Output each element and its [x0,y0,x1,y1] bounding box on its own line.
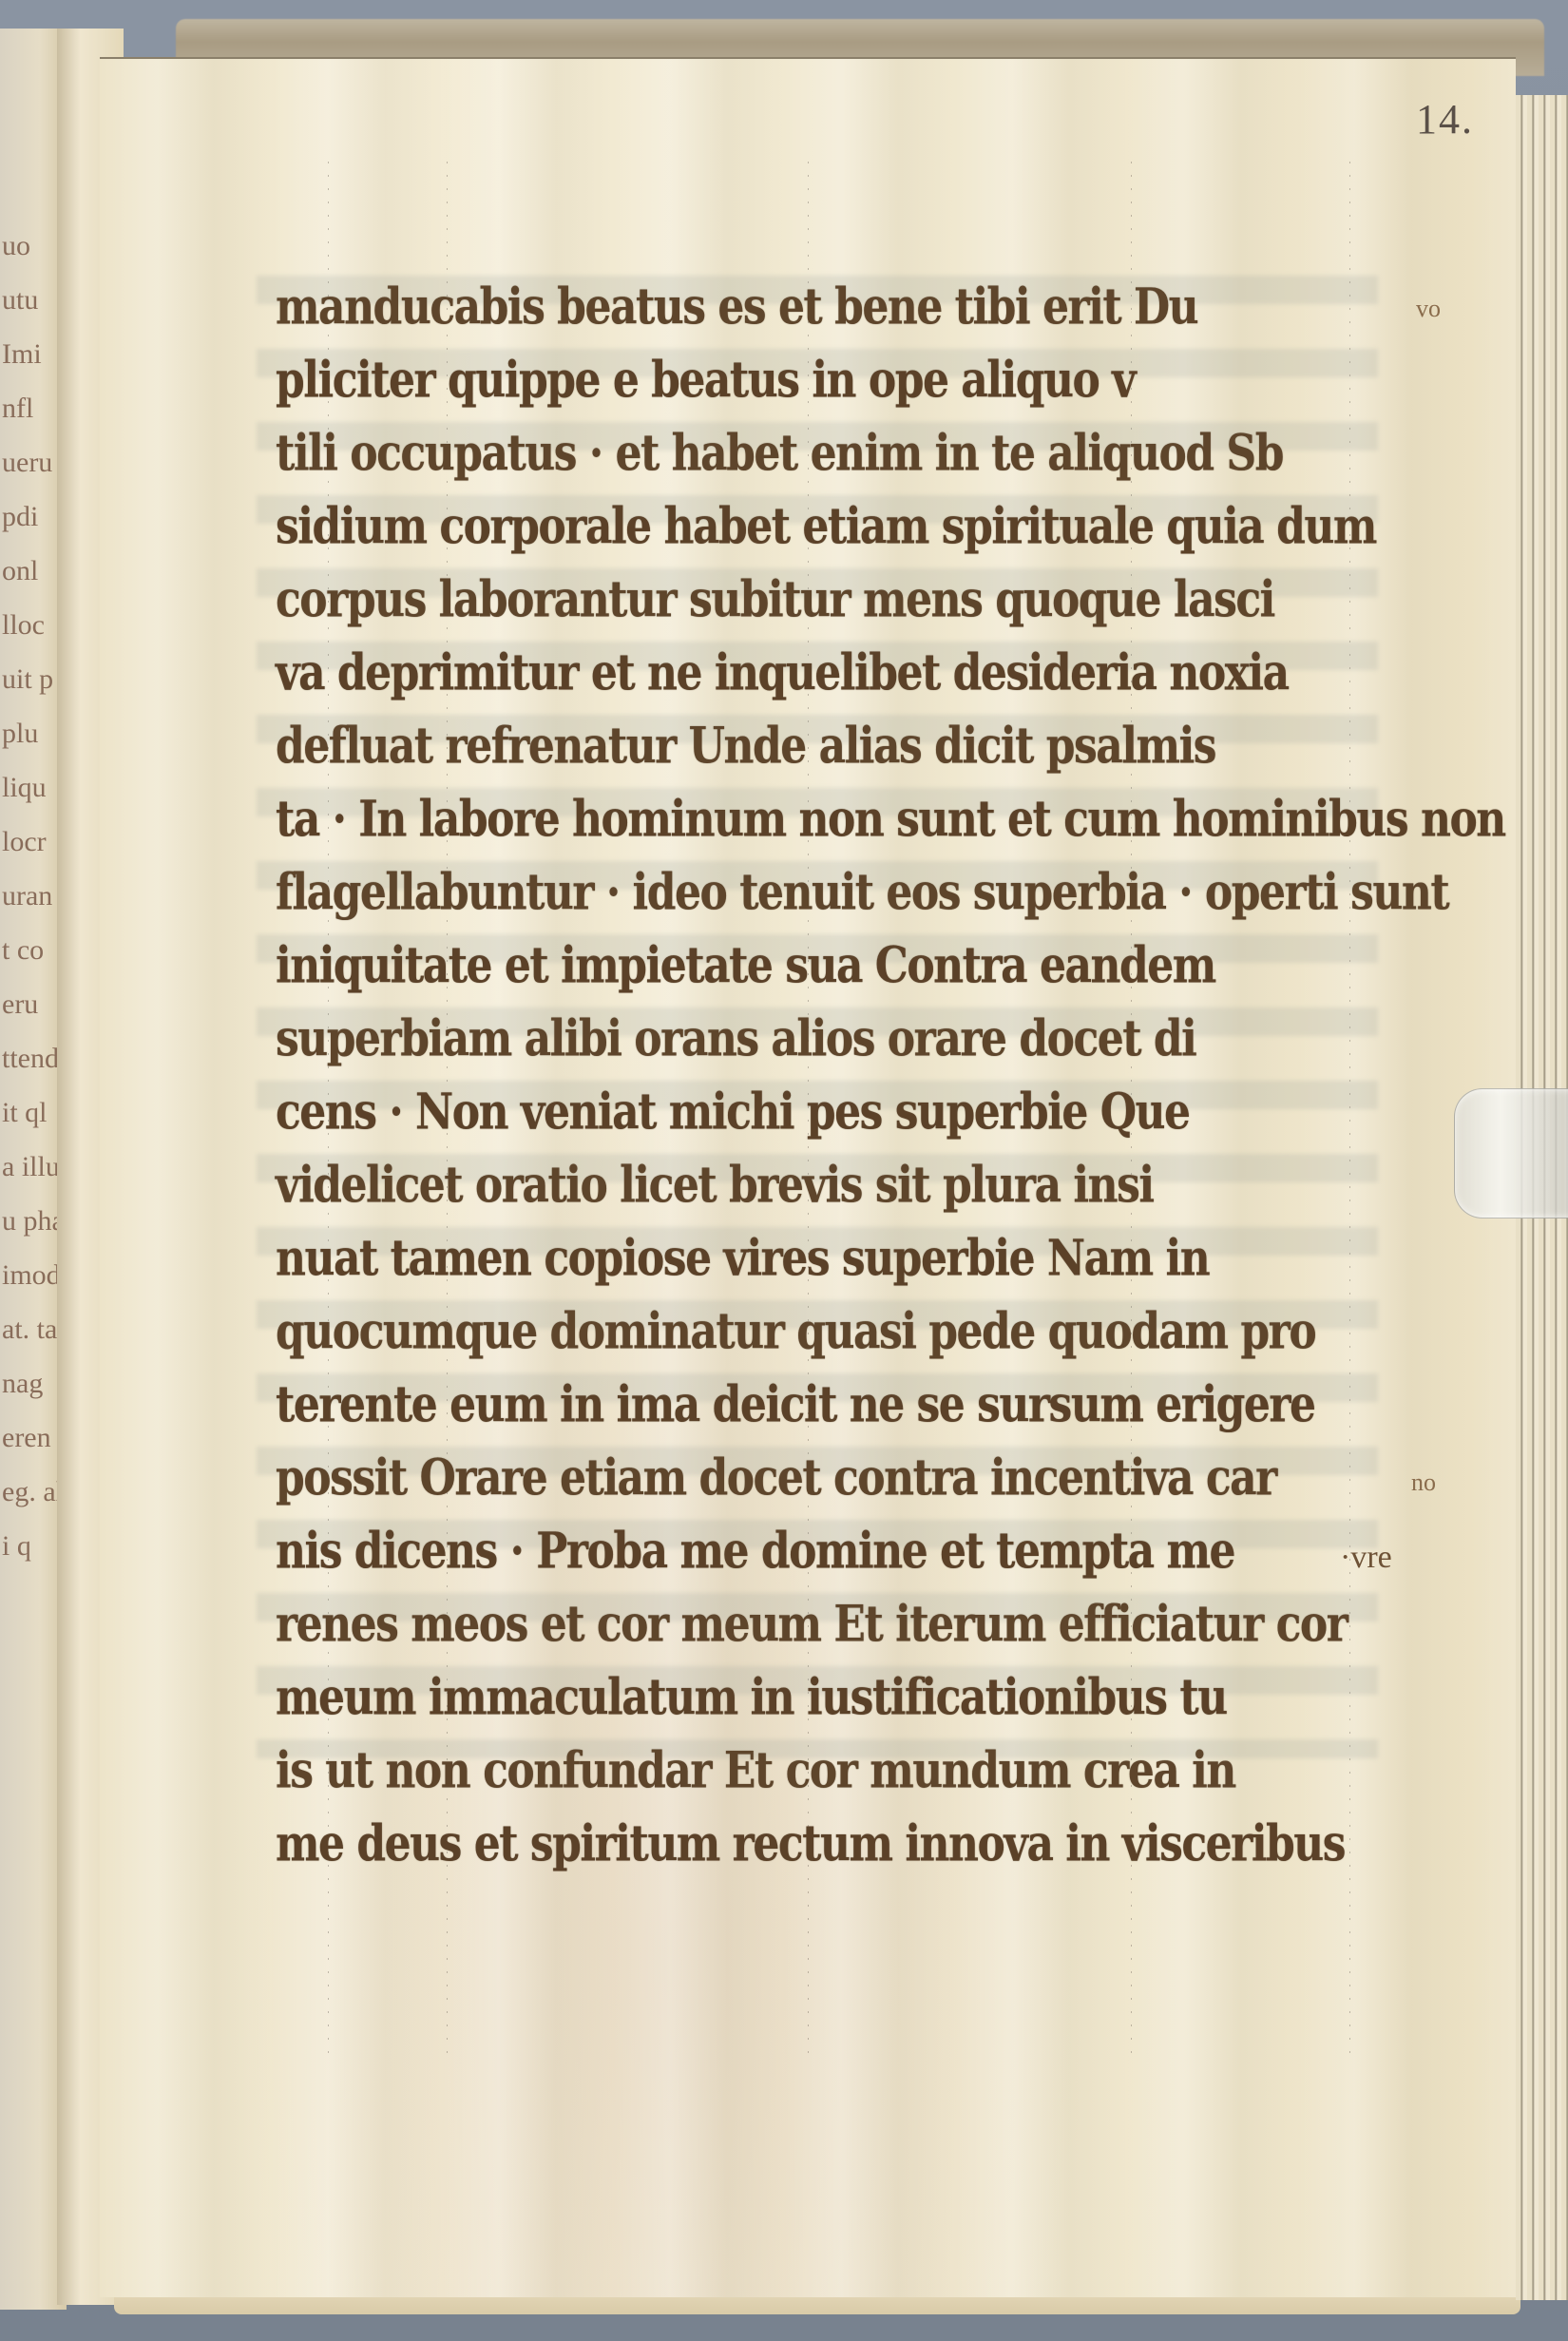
left-fragment: ttend [2,1031,59,1085]
left-fragment: onl [2,544,59,598]
left-fragment: Imi [2,327,59,381]
left-fragment: lloc [2,598,59,652]
left-fragment: a illu [2,1140,59,1194]
left-page-text: uo utu Imi nfl ueru pdi onl lloc uit p p… [2,219,59,1573]
left-fragment: uit p [2,652,59,706]
left-fragment: uo [2,219,59,273]
page-clip [1454,1088,1568,1218]
margin-note: ·vre [1340,1540,1392,1576]
left-fragment: nag [2,1356,59,1410]
left-fragment: eru [2,977,59,1031]
margin-note: vo [1416,295,1441,323]
folio-number: 14. [1416,95,1474,144]
left-fragment: utu [2,273,59,327]
left-fragment: uran [2,869,59,923]
left-fragment: u pha [2,1194,59,1248]
left-fragment: t co [2,923,59,977]
left-fragment: eren [2,1410,59,1465]
left-fragment: liqu [2,760,59,815]
left-fragment: nfl [2,381,59,435]
margin-note: no [1411,1468,1436,1497]
left-fragment: i q [2,1519,59,1573]
left-fragment: imod [2,1248,59,1302]
main-text-block: manducabis beatus es et bene tibi erit D… [276,271,1359,1881]
left-fragment: ueru [2,435,59,489]
left-fragment: pdi [2,489,59,544]
text-line: me deus et spiritum rectum innova in vis… [276,1801,1359,1888]
left-fragment: eg. allo [2,1465,59,1519]
left-fragment: it ql [2,1085,59,1140]
left-fragment: locr [2,815,59,869]
left-fragment: at. ta [2,1302,59,1356]
left-fragment: plu [2,706,59,760]
